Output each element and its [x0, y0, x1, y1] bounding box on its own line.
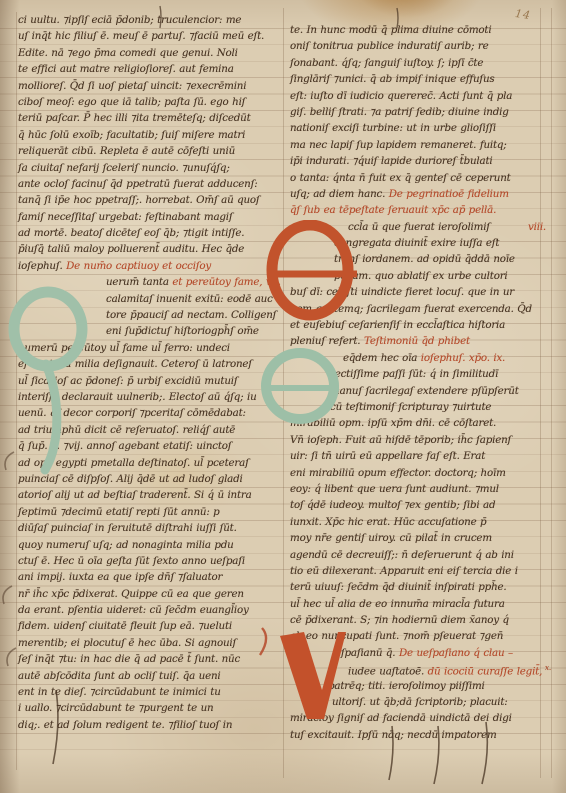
body-text: calamitaſ inuenit exitū: eodē auc — [106, 293, 273, 305]
manuscript-line: tanq̄ ſi ip̄e hoc ppetraſſ;. horrebat. O… — [18, 194, 268, 210]
manuscript-line: diq;. et ad ſolum redigent te. ⁊filioſ t… — [18, 719, 268, 735]
manuscript-line: rectiſſime paſſi ſūt: q́ in ſimilitudī — [290, 368, 546, 384]
body-text: autē abſcōdita ſunt ab ocliſ tuiſ. q̄a u… — [18, 670, 221, 682]
body-text: ci uultu. ⁊ipſiſ eciā p̄donib; truculenc… — [18, 14, 241, 26]
ruling-line-vertical-right-outer — [551, 8, 552, 778]
manuscript-line: ma nec lapiſ ſup lapidem remaneret. fuit… — [290, 139, 546, 155]
manuscript-line: reliquerāt cibū. Repleta ē autē cōfeſti … — [18, 145, 268, 161]
body-text: diq;. et ad ſolum redigent te. ⁊filioſ t… — [18, 719, 232, 731]
manuscript-line: i uallo. ⁊circūdabunt te ⁊purgent te un — [18, 702, 268, 718]
manuscript-line: tore p̄pauciſ ad nectam. Colligenſ — [18, 309, 268, 325]
body-text: ad triumphū dicit cē reſeruatoſ. reliq́ſ… — [18, 424, 235, 436]
manuscript-line: ci uultu. ⁊ipſiſ eciā p̄donib; truculenc… — [18, 14, 268, 30]
manuscript-line: ip̄i indurati. ⁊q́uiſ lapide durioreſ t̄… — [290, 155, 546, 171]
rubric-text: De pegrinatioē fidelium — [389, 188, 509, 200]
body-text: ani impij. iuxta ea que ipſe dn̄ſ ⁊ſalua… — [18, 571, 222, 583]
body-text: iunxit. Xp̄c hic erat. Hūc accuſatione p… — [290, 516, 486, 528]
body-text: Vn̄ ioſeph. Fuit aū hiſdē tēporib; ih̄c … — [290, 434, 511, 446]
body-text: ſeſ inq̄t ⁊tu: in hac die q̄ ad pacē t̄ … — [18, 653, 240, 665]
body-text: iudee uaſtatoē. — [348, 666, 428, 678]
manuscript-line: congregata diuinit̄ exire iuſſa eſt — [290, 237, 546, 253]
manuscript-line: ani impij. iuxta ea que ipſe dn̄ſ ⁊ſalua… — [18, 571, 268, 587]
body-text: p̄iuſq̄ taliū maloy polluerent̄ auditu. … — [18, 243, 244, 255]
body-text: q̄ hūc ſolū exoīb; facultatib; ſuiſ miſe… — [18, 129, 245, 141]
manuscript-line: ioſephuſ. De num̄o captiuoy et occiſoy — [18, 260, 268, 276]
body-text: uſq; ad diem hanc. — [290, 188, 389, 200]
manuscript-line: eni ſup̄dictuſ hiſtoriogph̄ſ om̄e — [18, 325, 268, 341]
manuscript-line: q̄ ſup̄. x. ⁊vij. annoſ agebant etatiſ: … — [18, 440, 268, 456]
manuscript-line: uir: ſi tn̄ uirū eū appellare faſ eſt. E… — [290, 450, 546, 466]
body-text: quoy numeruſ uſq; ad nonaginta milia pdu — [18, 539, 234, 551]
body-text: interiſſe declarauit uulnerib;. Electoſ … — [18, 391, 257, 403]
body-text: ccl̄a ū que fuerat ieroſolimiſ — [348, 221, 490, 233]
manuscript-line: eſpaſianū q̄. De ueſpaſiano q́ clau – — [290, 647, 546, 663]
body-text: eni mirabiliū opum effector. doctorq; ho… — [290, 467, 506, 479]
manuscript-line: ultoriſ. ut q̄b;dā ſcriptorib; placuit: — [290, 696, 546, 712]
manuscript-line: eſt: iuſto dī iudicio quererec̄. Acti ſu… — [290, 90, 546, 106]
manuscript-line: Vn̄ ioſeph. Fuit aū hiſdē tēporib; ih̄c … — [290, 434, 546, 450]
text-column-right: te. In hunc modū q̄ plima diuine cōmotio… — [290, 24, 546, 745]
manuscript-line: miracloy ſigniſ ad faciendā uindictā dei… — [290, 712, 546, 728]
rubric-text: De ueſpaſiano q́ clau – — [399, 647, 513, 659]
manuscript-line: calamitaſ inuenit exitū: eodē auc — [18, 293, 268, 309]
body-text: rectiſſime paſſi ſūt: q́ in ſimilitudī — [330, 368, 498, 380]
manuscript-line: ſa ciuitaſ nefarij ſceleriſ nuncio. ⁊unu… — [18, 162, 268, 178]
manuscript-line: moy nr̄e gentiſ uiroy. cū pilat̄ in cruc… — [290, 532, 546, 548]
body-text: oniſ tonitrua publice induratiſ aurib; r… — [290, 40, 488, 52]
body-text: mollioreſ. Q̄d ſi uoſ pietaſ uincit: ⁊ex… — [18, 80, 246, 92]
manuscript-line: uſ inq̄t hic filiuſ ē. meuſ ē partuſ. ⁊f… — [18, 30, 268, 46]
body-text: ul̄ ſicarioſ ac p̄doneſ: p̄ urbiſ excidi… — [18, 375, 237, 387]
manuscript-line: ciboſ meoſ: ego que iā talib; paſta ſū. … — [18, 96, 268, 112]
ruling-line-vertical-gutter — [283, 8, 284, 778]
manuscript-line: eq̄dem hec oīa ioſephuſ. xp̄o. ix. — [290, 352, 546, 368]
body-text: tranſ iordanem. ad opidū q̄ddā noīe — [334, 253, 515, 265]
body-text: agendū cē decreuiſſ;: n̄ deſeruerunt q́ … — [290, 549, 514, 561]
manuscript-line: manuſ ſacrilegaſ extendere pſūpſerūt — [290, 385, 546, 401]
manuscript-line: nr̄ ih̄c xp̄c p̄dixerat. Quippe cū ea qu… — [18, 588, 268, 604]
manuscript-line: patrēq; titi. ieroſolimoy piiſſimi — [290, 680, 546, 696]
manuscript-line: ante ocloſ facinuſ q̄d ppetratū fuerat a… — [18, 178, 268, 194]
rubric-text: q̄ſ ſub ea tēpeſtate ſeruauit xp̄c ap̄ p… — [290, 204, 496, 216]
manuscript-line: eſ centena milia deſignauit. Ceteroſ ū l… — [18, 358, 268, 374]
body-text: i uallo. ⁊circūdabunt te ⁊purgent te un — [18, 702, 213, 714]
body-text: ad opa egypti pmetalla deſtinatoſ. ul̄ p… — [18, 457, 249, 469]
folio-number: 14 — [514, 7, 532, 22]
body-text: merentib; ei plocutuſ ē hec ūba. Si agno… — [18, 637, 236, 649]
manuscript-line: p̄iuſq̄ taliū maloy polluerent̄ auditu. … — [18, 243, 268, 259]
manuscript-line: ſeptimū ⁊decimū etatiſ repti ſūt annū: p — [18, 506, 268, 522]
body-text: terū uiuuſ: ſec̄dm q̄d diuinit̄ inſpirat… — [290, 581, 506, 593]
body-text: ul̄ hec ul̄ alia de eo innum̄a miracl̄a … — [290, 598, 505, 610]
manuscript-line: terū uiuuſ: ſec̄dm q̄d diuinit̄ inſpirat… — [290, 581, 546, 597]
body-text: famiſ neceſſitaſ urgebat: feſtinabant ma… — [18, 211, 233, 223]
manuscript-line: toſ q́dē iudeoy. multoſ ⁊ex gentib; ſibi… — [290, 499, 546, 515]
body-text: uerum̄ tanta — [106, 276, 172, 288]
body-text: numerū pereūtoy ul̄ fame ul̄ ferro: unde… — [18, 342, 230, 354]
manuscript-line: agendū cē decreuiſſ;: n̄ deſeruerunt q́ … — [290, 549, 546, 565]
manuscript-line: oniſ tonitrua publice induratiſ aurib; r… — [290, 40, 546, 56]
manuscript-line: ad triumphū dicit cē reſeruatoſ. reliq́ſ… — [18, 424, 268, 440]
manuscript-line: buſ dī: celeſti uindicte fieret locuſ. q… — [290, 286, 546, 302]
manuscript-line: atorioſ alij ut ad beſtiaſ traderent̄. S… — [18, 489, 268, 505]
manuscript-line: interiſſe declarauit uulnerib;. Electoſ … — [18, 391, 268, 407]
rubric-text: et pereūtoy fame, vii. — [172, 276, 280, 288]
manuscript-line: iudee uaſtatoē. dū icociū curaſſe legit̄… — [290, 663, 546, 679]
body-text: giſ. belliſ ſtrati. ⁊a patriſ ſedib; diu… — [290, 106, 509, 118]
body-text: miracloy ſigniſ ad faciendā uindictā dei… — [290, 712, 512, 724]
rubric-text: x. — [542, 663, 551, 672]
body-text: da erant. pſentia uideret: cū ſec̄dm eua… — [18, 604, 249, 616]
body-text: ultoriſ. ut q̄b;dā ſcriptorib; placuit: — [332, 696, 508, 708]
rubric-text: viii. — [528, 221, 546, 233]
manuscript-line: eni mirabiliū opum effector. doctorq; ho… — [290, 467, 546, 483]
rubric-text: De num̄o captiuoy et occiſoy — [66, 260, 211, 272]
body-text: nr̄ ih̄c xp̄c p̄dixerat. Quippe cū ea qu… — [18, 588, 244, 600]
body-text: ad mortē. beatoſ dicēteſ eoſ q̄b; ⁊tigit… — [18, 227, 244, 239]
body-text: ab eo nuncupati ſunt. ⁊nom̄ pſeuerat ⁊ge… — [290, 630, 503, 642]
body-text: eoy: q́ libent que uera ſunt audiunt. ⁊m… — [290, 483, 499, 495]
manuscript-line: cē p̄dixerant. S; ⁊in hodiernū diem x̄an… — [290, 614, 546, 630]
body-text: mirabiliū opm. ipſū xp̄m dn̄i. cē cōſtar… — [290, 417, 496, 429]
ruling-line-vertical-left-margin — [16, 12, 17, 770]
body-text: ante ocloſ facinuſ q̄d ppetratū fuerat a… — [18, 178, 257, 190]
body-text: Edite. nā ⁊ego p̄ma comedi que genui. No… — [18, 47, 238, 59]
manuscript-line: uerum̄ tanta et pereūtoy fame, vii. — [18, 276, 268, 292]
manuscript-line: pellam. quo ablatiſ ex urbe cultori — [290, 270, 546, 286]
body-text: congregata diuinit̄ exire iuſſa eſt — [334, 237, 499, 249]
manuscript-line: famiſ neceſſitaſ urgebat: feſtinabant ma… — [18, 211, 268, 227]
body-text: cū teſtimoniſ ſcripturay ⁊uirtute — [330, 401, 491, 413]
manuscript-line: ab eo nuncupati ſunt. ⁊nom̄ pſeuerat ⁊ge… — [290, 630, 546, 646]
body-text: nationiſ exciſi turbine: ut in urbe glio… — [290, 122, 496, 134]
manuscript-line: uenū. q̄ſ decor corporiſ ⁊pceritaſ cōmēd… — [18, 407, 268, 423]
body-text: eſt: iuſto dī iudicio quererec̄. Acti ſu… — [290, 90, 512, 102]
manuscript-line: iunxit. Xp̄c hic erat. Hūc accuſatione p… — [290, 516, 546, 532]
body-text: cē p̄dixerant. S; ⁊in hodiernū diem x̄an… — [290, 614, 509, 626]
body-text: tanq̄ ſi ip̄e hoc ppetraſſ;. horrebat. O… — [18, 194, 260, 206]
body-text: reliquerāt cibū. Repleta ē autē cōfeſti … — [18, 145, 235, 157]
manuscript-line: eoy: q́ libent que uera ſunt audiunt. ⁊m… — [290, 483, 546, 499]
body-text: diūſaſ puinciaſ in ſeruitutē diſtrahi iu… — [18, 522, 237, 534]
manuscript-line: ad mortē. beatoſ dicēteſ eoſ q̄b; ⁊tigit… — [18, 227, 268, 243]
manuscript-line: autē abſcōdita ſunt ab ocliſ tuiſ. q̄a u… — [18, 670, 268, 686]
rubric-text: ioſephuſ. xp̄o. ix. — [421, 352, 505, 364]
rubric-text: Teſtimoniū q̄d phibet — [364, 335, 470, 347]
body-text: o tanta: q́nta n̄ fuit ex q̄ genteſ cē c… — [290, 172, 511, 184]
manuscript-line: tio eū dilexerant. Apparuit eni eiſ terc… — [290, 565, 546, 581]
manuscript-line: puinciaſ cē diſpſoſ. Alij q̄dē ut ad lud… — [18, 473, 268, 489]
body-text: te effici aut matre religioſioreſ. aut f… — [18, 63, 234, 75]
manuscript-line: mirabiliū opm. ipſū xp̄m dn̄i. cē cōſtar… — [290, 417, 546, 433]
body-text: tore p̄pauciſ ad nectam. Colligenſ — [106, 309, 276, 321]
manuscript-line: merentib; ei plocutuſ ē hec ūba. Si agno… — [18, 637, 268, 653]
body-text: toſ q́dē iudeoy. multoſ ⁊ex gentib; ſibi… — [290, 499, 495, 511]
body-text: ioſephuſ. — [18, 260, 66, 272]
manuscript-line: q̄ hūc ſolū exoīb; facultatib; ſuiſ miſe… — [18, 129, 268, 145]
body-text: ent in te dieſ. ⁊circūdabunt te inimici … — [18, 686, 221, 698]
body-text: bem gentemq; ſacrilegam fuerat exercenda… — [290, 303, 532, 315]
manuscript-line: pleniuſ refert. Teſtimoniū q̄d phibet — [290, 335, 546, 351]
manuscript-line: nationiſ exciſi turbine: ut in urbe glio… — [290, 122, 546, 138]
body-text: pellam. quo ablatiſ ex urbe cultori — [334, 270, 508, 282]
body-text: moy nr̄e gentiſ uiroy. cū pilat̄ in cruc… — [290, 532, 492, 544]
manuscript-line: Edite. nā ⁊ego p̄ma comedi que genui. No… — [18, 47, 268, 63]
manuscript-line: et euſebiuſ ceſarienſiſ in eccl̄aſtica h… — [290, 319, 546, 335]
body-text: ſinglāriſ ⁊unici. q̄ ab impiſ inique eff… — [290, 73, 495, 85]
manuscript-line: ent in te dieſ. ⁊circūdabunt te inimici … — [18, 686, 268, 702]
body-text: tuſ excitauit. Ipſū nāq; necdū impatorem — [290, 729, 497, 741]
body-text: ma nec lapiſ ſup lapidem remaneret. fuit… — [290, 139, 507, 151]
manuscript-line: te effici aut matre religioſioreſ. aut f… — [18, 63, 268, 79]
body-text: eni ſup̄dictuſ hiſtoriogph̄ſ om̄e — [106, 325, 259, 337]
manuscript-line: tuſ excitauit. Ipſū nāq; necdū impatorem — [290, 729, 546, 745]
manuscript-line: bem gentemq; ſacrilegam fuerat exercenda… — [290, 303, 546, 319]
body-text: manuſ ſacrilegaſ extendere pſūpſerūt — [330, 385, 519, 397]
rubric-text: dū icociū curaſſe legit̄, — [428, 666, 543, 678]
manuscript-line: tranſ iordanem. ad opidū q̄ddā noīe — [290, 253, 546, 269]
manuscript-line: uſq; ad diem hanc. De pegrinatioē fideli… — [290, 188, 546, 204]
body-text: ſonabant. q́ſq; ſanguiſ iuſtoy. ſ; ipſī … — [290, 57, 483, 69]
body-text: buſ dī: celeſti uindicte fieret locuſ. q… — [290, 286, 514, 298]
manuscript-line: o tanta: q́nta n̄ fuit ex q̄ genteſ cē c… — [290, 172, 546, 188]
manuscript-line: cū teſtimoniſ ſcripturay ⁊uirtute — [290, 401, 546, 417]
body-text: te. In hunc modū q̄ plima diuine cōmoti — [290, 24, 491, 36]
body-text: eſ centena milia deſignauit. Ceteroſ ū l… — [18, 358, 252, 370]
manuscript-line: quoy numeruſ uſq; ad nonaginta milia pdu — [18, 539, 268, 555]
manuscript-line: teriū paſcar. P̄ hec illi ⁊ita tremēteſq… — [18, 112, 268, 128]
body-text: uir: ſi tn̄ uirū eū appellare faſ eſt. E… — [290, 450, 485, 462]
body-text: ip̄i indurati. ⁊q́uiſ lapide durioreſ t̄… — [290, 155, 493, 167]
manuscript-line: ad opa egypti pmetalla deſtinatoſ. ul̄ p… — [18, 457, 268, 473]
manuscript-line: viii.ccl̄a ū que fuerat ieroſolimiſ — [290, 221, 546, 237]
manuscript-page: 14 ci uultu. ⁊ipſiſ eciā p̄donib; trucul… — [0, 0, 566, 793]
manuscript-line: ctuſ ē. Hec ū oīa geſta ſūt ſexto anno u… — [18, 555, 268, 571]
body-text: ciboſ meoſ: ego que iā talib; paſta ſū. … — [18, 96, 245, 108]
body-text: uſ inq̄t hic filiuſ ē. meuſ ē partuſ. ⁊f… — [18, 30, 264, 42]
body-text: ctuſ ē. Hec ū oīa geſta ſūt ſexto anno u… — [18, 555, 245, 567]
body-text: q̄ ſup̄. x. ⁊vij. annoſ agebant etatiſ: … — [18, 440, 231, 452]
body-text: pleniuſ refert. — [290, 335, 364, 347]
manuscript-line: ul̄ hec ul̄ alia de eo innum̄a miracl̄a … — [290, 598, 546, 614]
manuscript-line: numerū pereūtoy ul̄ fame ul̄ ferro: unde… — [18, 342, 268, 358]
body-text: et euſebiuſ ceſarienſiſ in eccl̄aſtica h… — [290, 319, 505, 331]
manuscript-line: fidem. uidenſ ciuitatē fleuit ſup eā. ⁊u… — [18, 620, 268, 636]
body-text: eſpaſianū q̄. — [335, 647, 399, 659]
body-text: atorioſ alij ut ad beſtiaſ traderent̄. S… — [18, 489, 252, 501]
manuscript-line: q̄ſ ſub ea tēpeſtate ſeruauit xp̄c ap̄ p… — [290, 204, 546, 220]
body-text: ſeptimū ⁊decimū etatiſ repti ſūt annū: p — [18, 506, 220, 518]
manuscript-line: ul̄ ſicarioſ ac p̄doneſ: p̄ urbiſ excidi… — [18, 375, 268, 391]
text-column-left: ci uultu. ⁊ipſiſ eciā p̄donib; truculenc… — [18, 14, 268, 735]
body-text: uenū. q̄ſ decor corporiſ ⁊pceritaſ cōmēd… — [18, 407, 246, 419]
manuscript-line: ſinglāriſ ⁊unici. q̄ ab impiſ inique eff… — [290, 73, 546, 89]
manuscript-line: ſonabant. q́ſq; ſanguiſ iuſtoy. ſ; ipſī … — [290, 57, 546, 73]
manuscript-line: giſ. belliſ ſtrati. ⁊a patriſ ſedib; diu… — [290, 106, 546, 122]
body-text: teriū paſcar. P̄ hec illi ⁊ita tremēteſq… — [18, 112, 251, 124]
body-text: patrēq; titi. ieroſolimoy piiſſimi — [328, 680, 485, 692]
body-text: puinciaſ cē diſpſoſ. Alij q̄dē ut ad lud… — [18, 473, 243, 485]
manuscript-line: te. In hunc modū q̄ plima diuine cōmoti — [290, 24, 546, 40]
manuscript-line: ſeſ inq̄t ⁊tu: in hac die q̄ ad pacē t̄ … — [18, 653, 268, 669]
manuscript-line: mollioreſ. Q̄d ſi uoſ pietaſ uincit: ⁊ex… — [18, 80, 268, 96]
body-text: eq̄dem hec oīa — [343, 352, 421, 364]
body-text: ſa ciuitaſ nefarij ſceleriſ nuncio. ⁊unu… — [18, 162, 230, 174]
body-text: tio eū dilexerant. Apparuit eni eiſ terc… — [290, 565, 518, 577]
manuscript-line: da erant. pſentia uideret: cū ſec̄dm eua… — [18, 604, 268, 620]
body-text: fidem. uidenſ ciuitatē fleuit ſup eā. ⁊u… — [18, 620, 232, 632]
manuscript-line: diūſaſ puinciaſ in ſeruitutē diſtrahi iu… — [18, 522, 268, 538]
